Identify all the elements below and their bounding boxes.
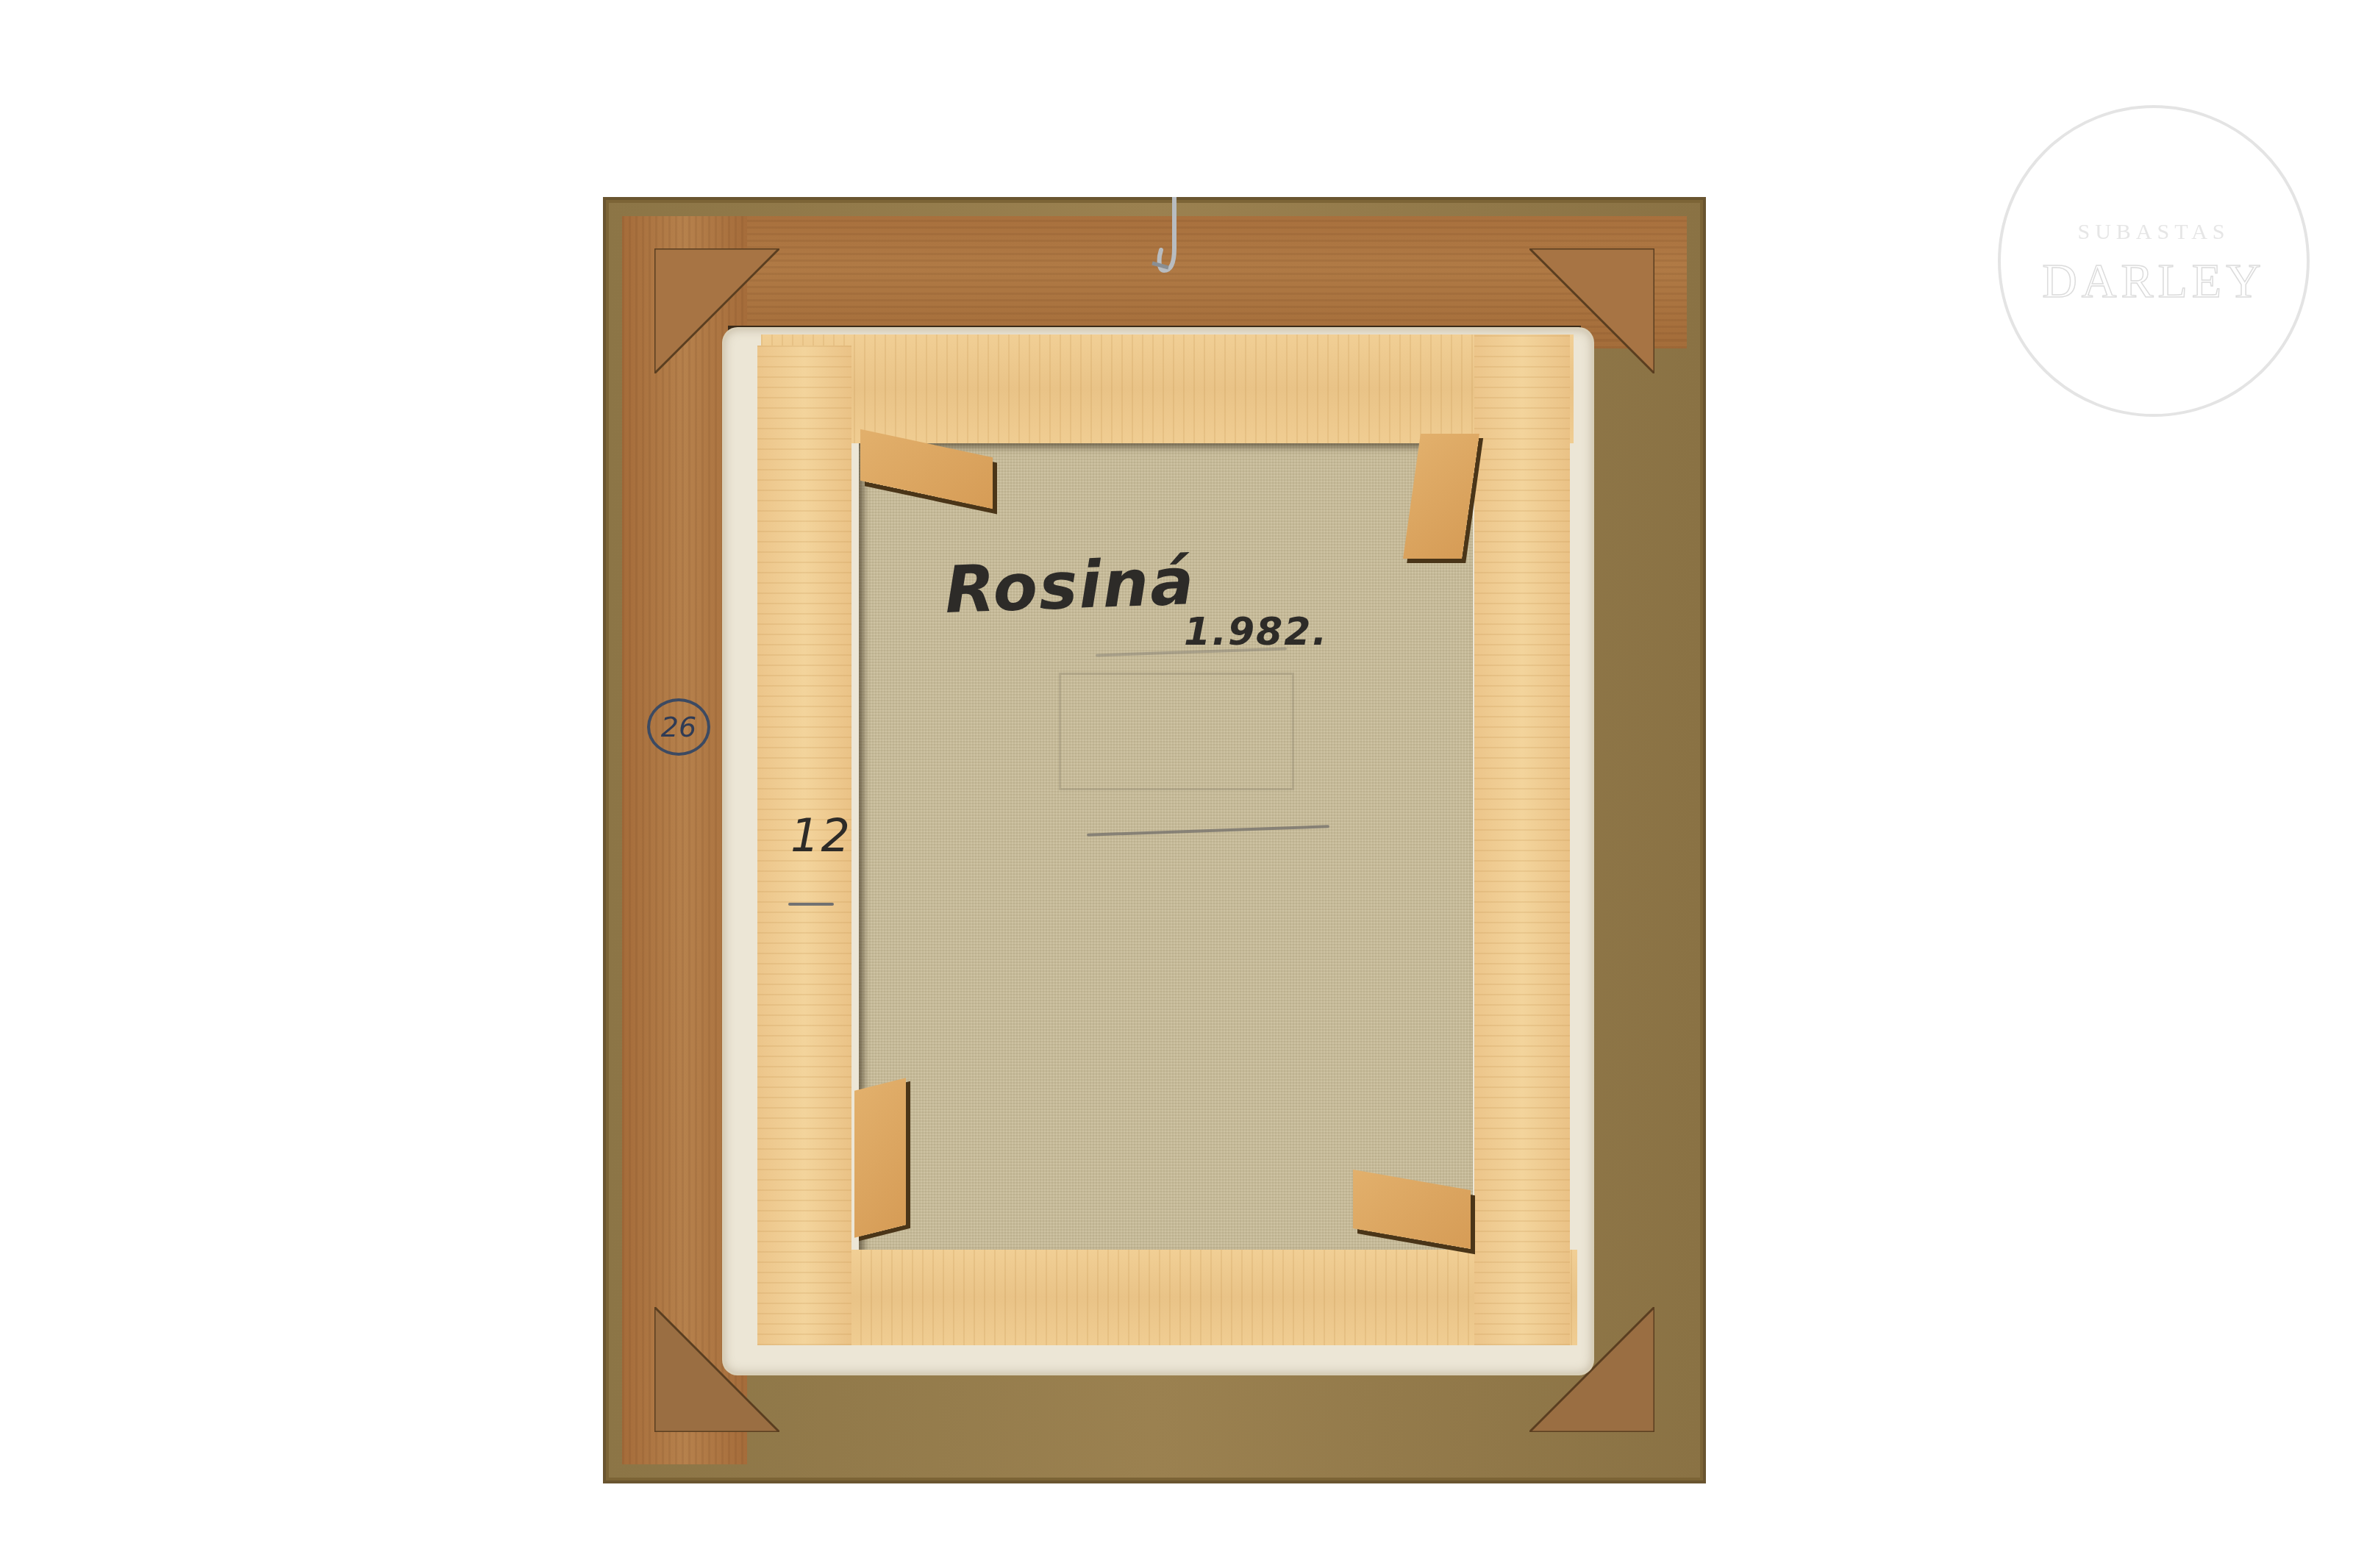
- auction-watermark: SUBASTAS DARLEY: [1998, 105, 2310, 417]
- inscription-circled-number: 26: [647, 698, 710, 756]
- stretcher-number-underline: [788, 903, 834, 906]
- stretcher-bar-bottom: [757, 1250, 1577, 1345]
- watermark-main-text: DARLEY: [2001, 254, 2307, 309]
- faded-stamp: [1059, 673, 1294, 790]
- wedge-bottom-left: [854, 1078, 906, 1237]
- hanging-hook-icon: [1143, 197, 1188, 282]
- inscription-stretcher-number: 12: [790, 809, 851, 862]
- stretcher-bar-right: [1474, 334, 1570, 1345]
- stretcher-bar-top: [761, 334, 1574, 443]
- watermark-top-text: SUBASTAS: [2001, 220, 2307, 245]
- inscription-title: Rosiná: [943, 543, 1196, 628]
